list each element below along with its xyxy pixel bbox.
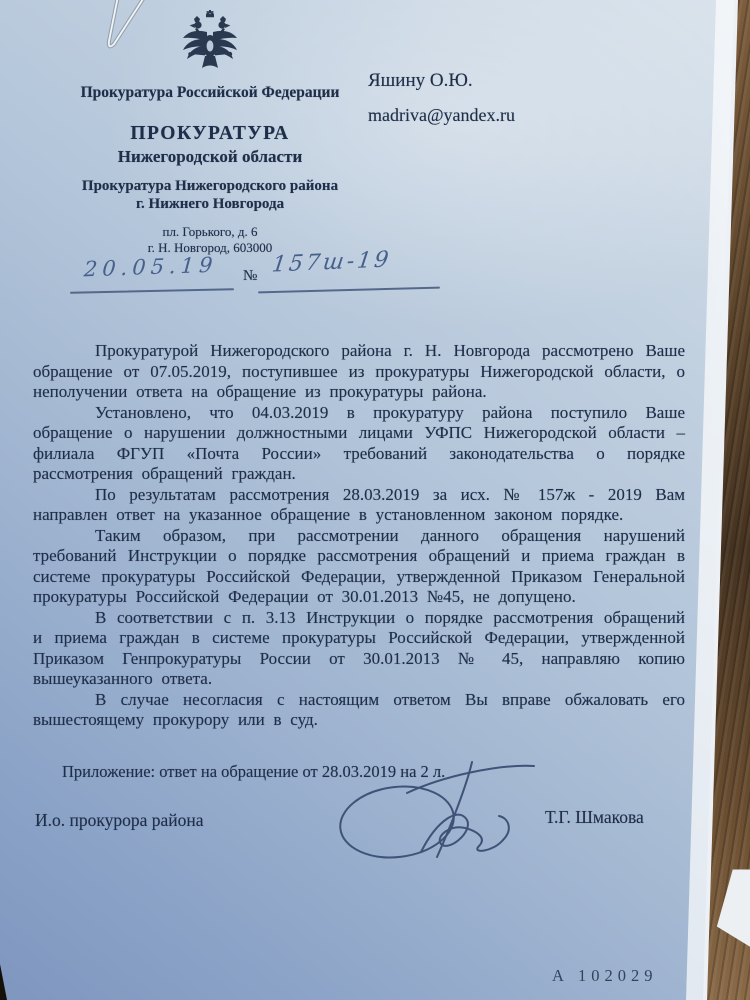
- signer-title: И.о. прокурора района: [35, 810, 204, 831]
- coat-of-arms-icon: [181, 10, 239, 76]
- org-unit-line1: Прокуратура Нижегородского района: [28, 177, 392, 195]
- paragraph-5: В соответствии с п. 3.13 Инструкции о по…: [33, 608, 685, 690]
- org-federation-line: Прокуратура Российской Федерации: [28, 84, 392, 102]
- signature-scribble: [325, 750, 555, 870]
- underlying-paper-corner: [714, 864, 750, 956]
- handwritten-number: 157ш-19: [270, 247, 392, 277]
- address-line1: пл. Горького, д. 6: [28, 224, 392, 240]
- addressee-email: madriva@yandex.ru: [368, 105, 515, 126]
- number-sign: №: [243, 268, 257, 285]
- paragraph-4: Таким образом, при рассмотрении данного …: [33, 526, 685, 608]
- letterhead: Прокуратура Российской Федерации ПРОКУРА…: [28, 10, 392, 256]
- addressee-name: Яшину О.Ю.: [368, 70, 515, 92]
- form-number-stamp: А 102029: [552, 966, 658, 986]
- org-unit-line2: г. Нижнего Новгорода: [28, 195, 392, 213]
- addressee-block: Яшину О.Ю. madriva@yandex.ru: [368, 70, 515, 126]
- signer-name: Т.Г. Шмакова: [545, 807, 644, 828]
- letter-body: Прокуратурой Нижегородского района г. Н.…: [33, 341, 685, 731]
- photo-frame: Прокуратура Российской Федерации ПРОКУРА…: [0, 0, 750, 1000]
- handwritten-date: 20.05.19: [83, 253, 218, 282]
- paragraph-6: В случае несогласия с настоящим ответом …: [33, 690, 685, 731]
- paperclip-icon: [92, 0, 158, 58]
- org-name-line1: ПРОКУРАТУРА: [28, 123, 392, 145]
- paragraph-3: По результатам рассмотрения 28.03.2019 з…: [33, 485, 685, 526]
- org-name-line2: Нижегородской области: [28, 147, 392, 167]
- paragraph-2: Установлено, что 04.03.2019 в прокуратур…: [33, 403, 685, 485]
- paragraph-1: Прокуратурой Нижегородского района г. Н.…: [33, 341, 685, 403]
